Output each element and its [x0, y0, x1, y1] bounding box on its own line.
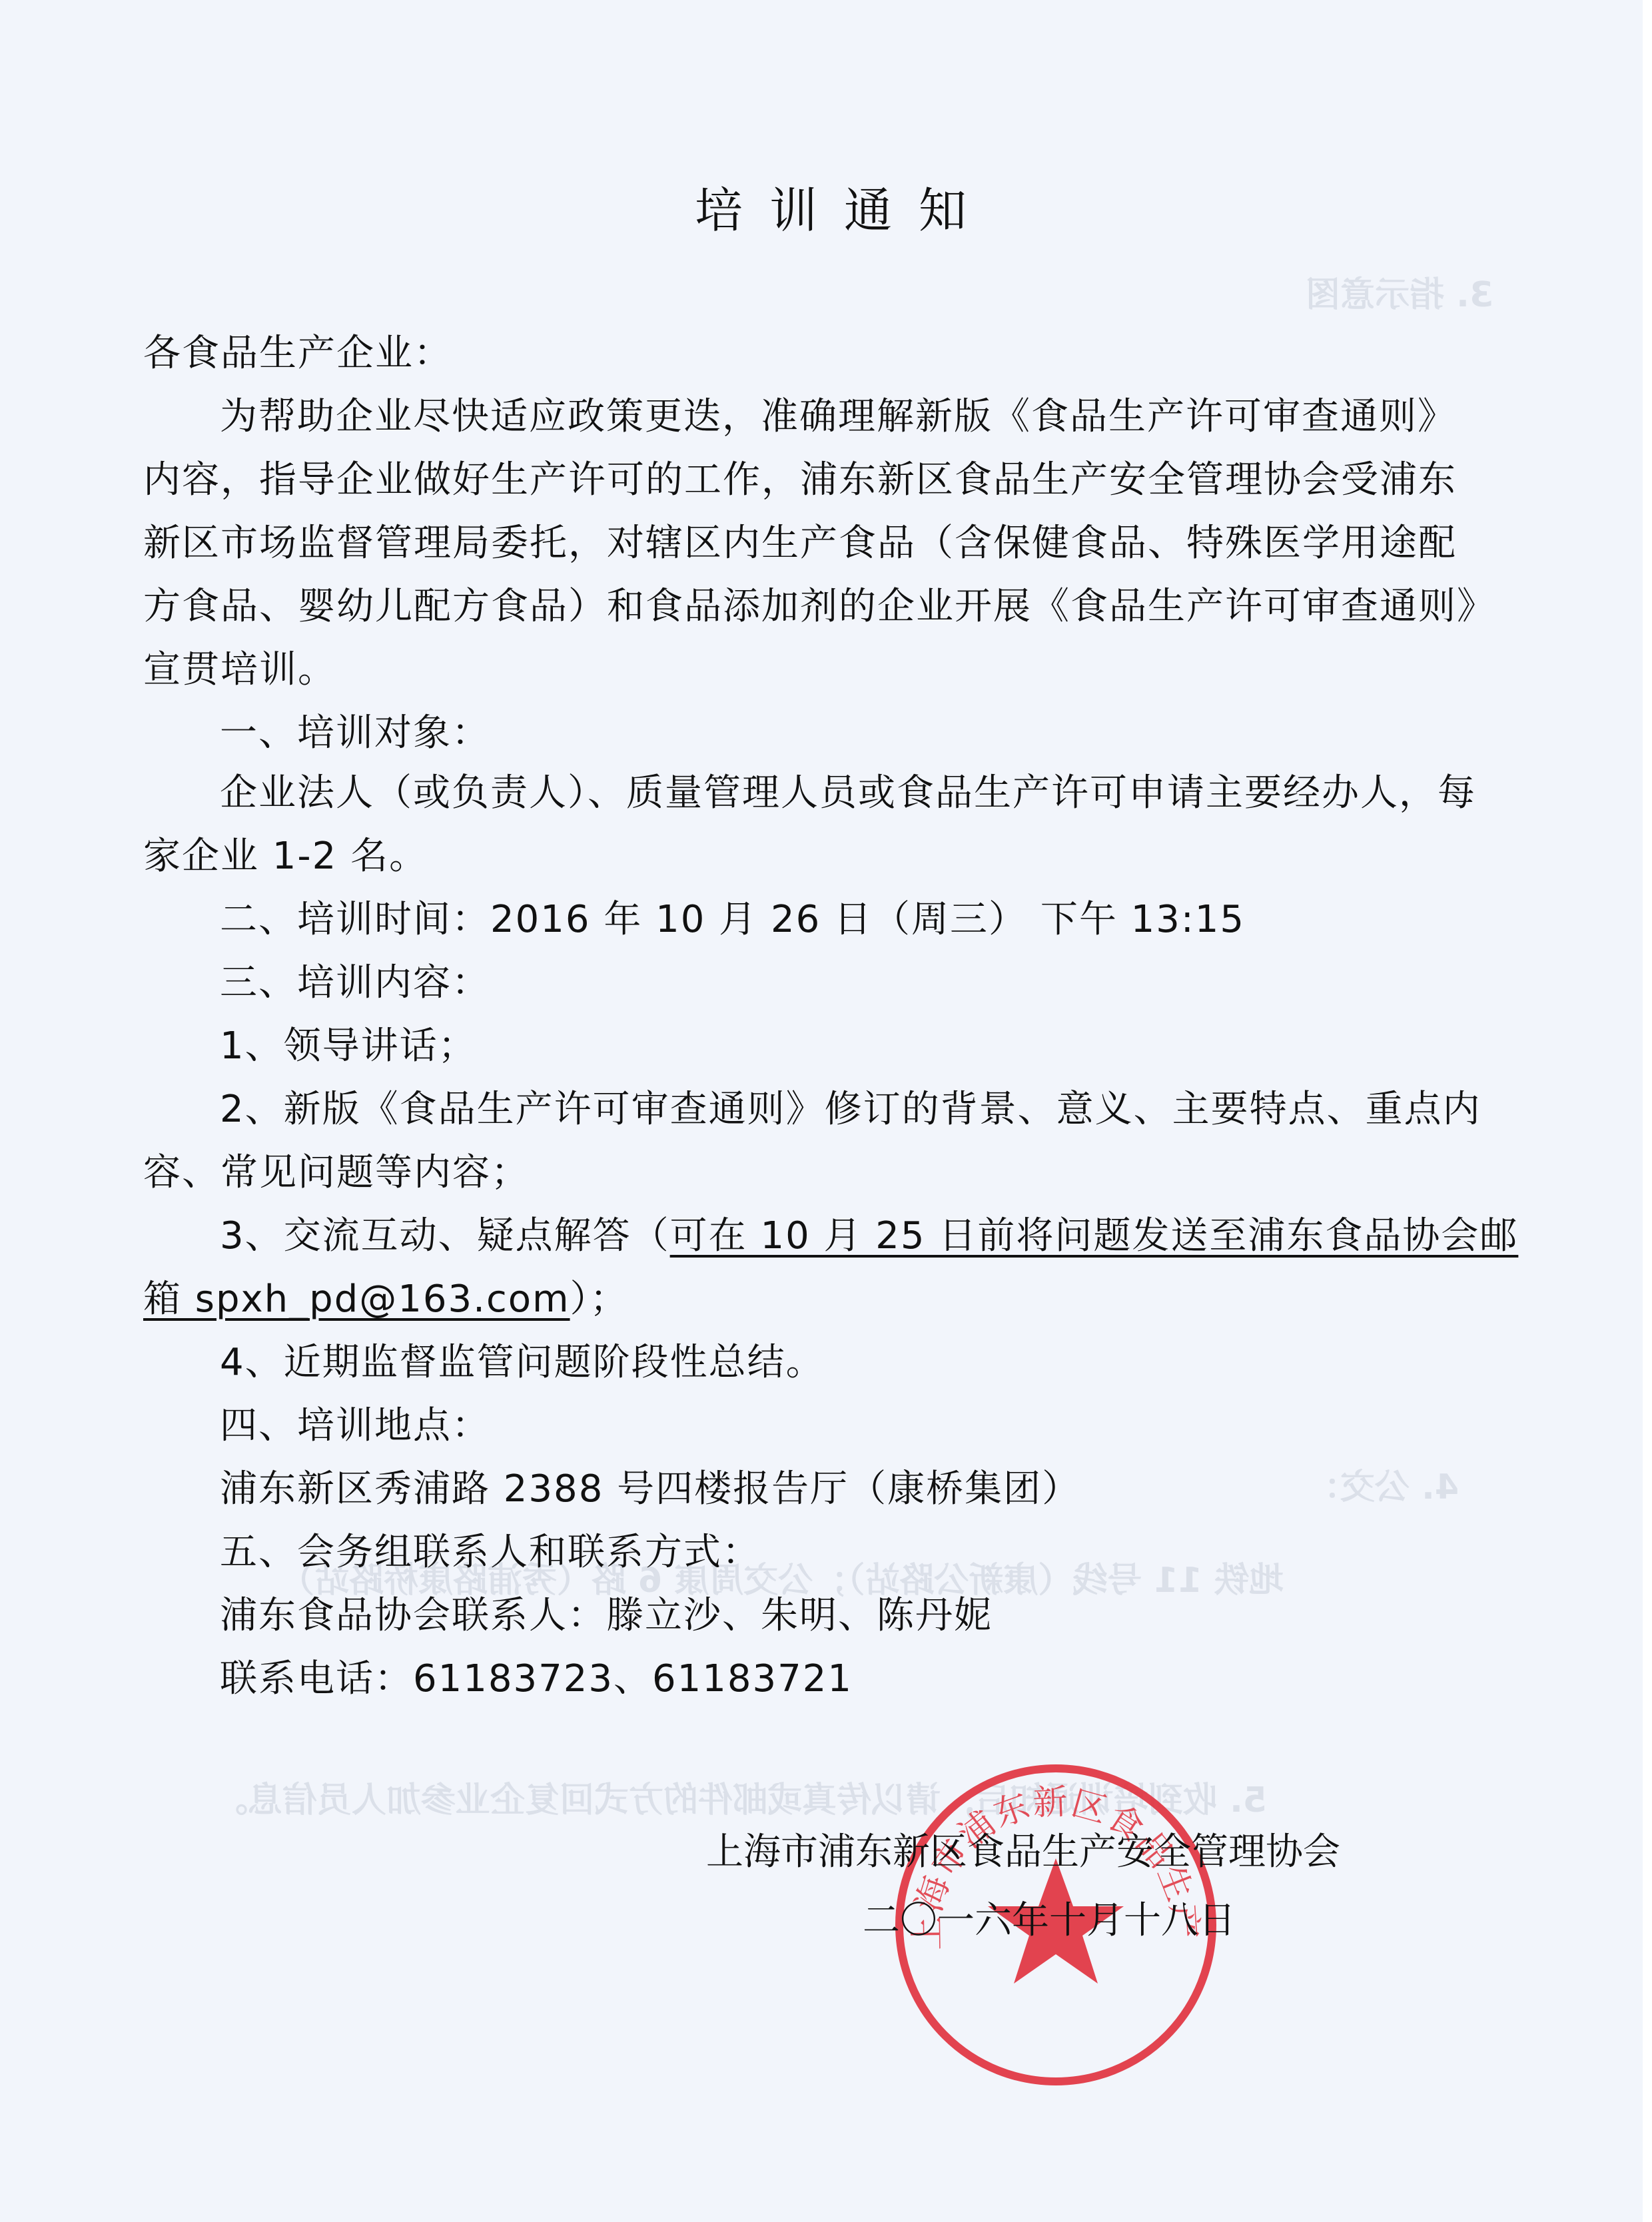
section-body-targets: 家企业 1-2 名。	[143, 833, 428, 881]
content-item-prefix: 3、交流互动、疑点解答（	[220, 1214, 670, 1258]
notice-page: 3. 指示意图 4. 公交： 地铁 11 号线（康新公路站）；公交周康 6 路（…	[0, 0, 1652, 2222]
content-item: 3、交流互动、疑点解答（可在 10 月 25 日前将问题发送至浦东食品协会邮	[220, 1212, 1518, 1260]
intro-line: 新区市场监督管理局委托，对辖区内生产食品（含保健食品、特殊医学用途配	[143, 520, 1457, 567]
underlined-note: 可在 10 月 25 日前将问题发送至浦东食品协会邮	[670, 1214, 1519, 1258]
intro-line: 内容，指导企业做好生产许可的工作，浦东新区食品生产安全管理协会受浦东	[143, 456, 1457, 504]
signature-organization: 上海市浦东新区食品生产安全管理协会	[706, 1828, 1340, 1876]
content-item-suffix: ）；	[570, 1278, 629, 1321]
location-address: 浦东新区秀浦路 2388 号四楼报告厅（康桥集团）	[220, 1465, 1080, 1513]
section-body-targets: 企业法人（或负责人）、质量管理人员或食品生产许可申请主要经办人，每	[220, 769, 1476, 817]
intro-line: 方食品、婴幼儿配方食品）和食品添加剂的企业开展《食品生产许可审查通则》	[143, 583, 1495, 631]
salutation: 各食品生产企业：	[143, 330, 452, 378]
bleed-through-text: 4. 公交：	[1306, 1459, 1459, 1509]
scan-edge	[1643, 0, 1652, 2222]
section-heading-contacts: 五、会务组联系人和联系方式：	[220, 1529, 761, 1577]
content-item: 4、近期监督监管问题阶段性总结。	[220, 1339, 825, 1387]
page-title: 培训通知	[0, 172, 1652, 241]
section-heading-time: 二、培训时间：2016 年 10 月 26 日（周三） 下午 13:15	[220, 896, 1245, 944]
contact-persons: 浦东食品协会联系人：滕立沙、朱明、陈丹妮	[220, 1592, 993, 1640]
email-link[interactable]: 箱 spxh_pd@163.com	[143, 1278, 570, 1321]
content-item: 2、新版《食品生产许可审查通则》修订的背景、意义、主要特点、重点内	[220, 1086, 1481, 1134]
section-heading-content: 三、培训内容：	[220, 959, 490, 1007]
section-heading-targets: 一、培训对象：	[220, 709, 490, 757]
bleed-through-text: 3. 指示意图	[1306, 266, 1493, 316]
content-item: 容、常见问题等内容；	[143, 1149, 530, 1197]
content-item: 1、领导讲话；	[220, 1022, 477, 1070]
contact-phone: 联系电话：61183723、61183721	[220, 1655, 853, 1703]
signature-date: 二〇一六年十月十八日	[863, 1897, 1236, 1945]
intro-line: 宣贯培训。	[143, 646, 336, 694]
content-item: 箱 spxh_pd@163.com）；	[143, 1276, 629, 1323]
intro-line: 为帮助企业尽快适应政策更迭，准确理解新版《食品生产许可审查通则》	[220, 393, 1456, 441]
section-heading-location: 四、培训地点：	[220, 1402, 490, 1450]
